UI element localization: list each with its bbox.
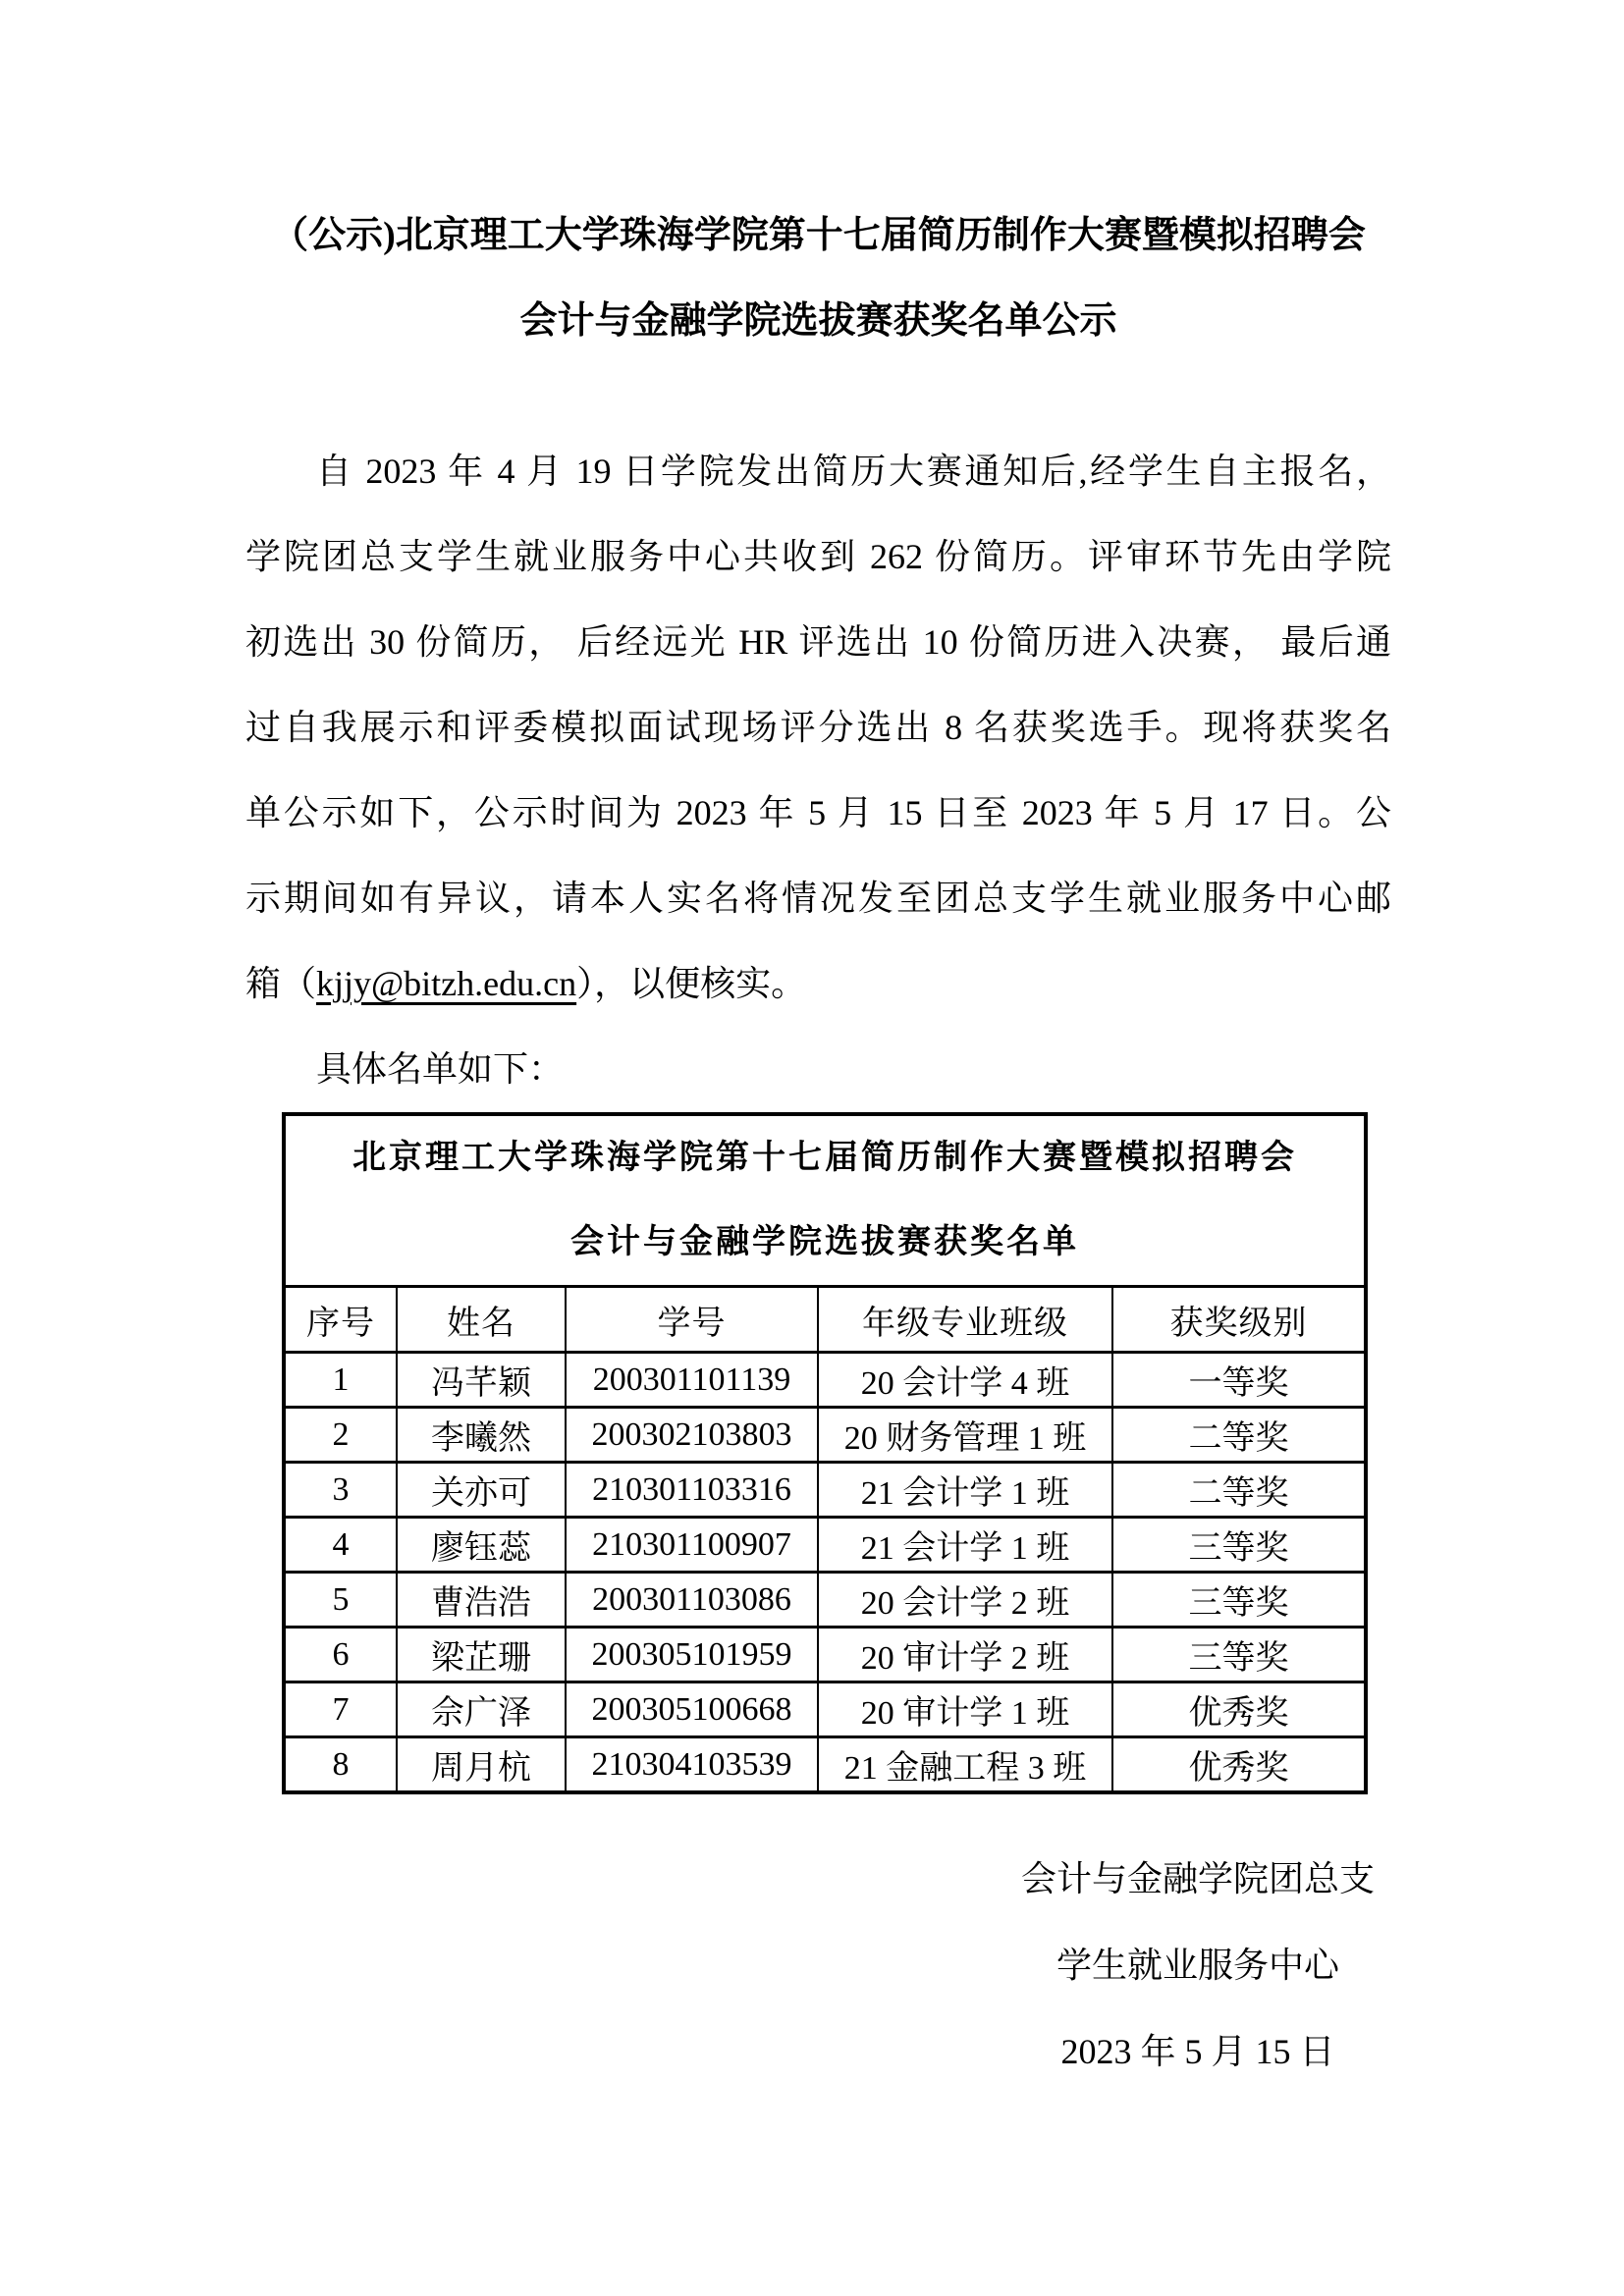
body-line: 自 2023 年 4 月 19 日学院发出简历大赛通知后,经学生自主报名，	[245, 429, 1391, 514]
cell-name: 曹浩浩	[397, 1573, 566, 1628]
cell-student-id: 200305100668	[566, 1682, 818, 1737]
award-table: 北京理工大学珠海学院第十七届简历制作大赛暨模拟招聘会 会计与金融学院选拔赛获奖名…	[282, 1112, 1368, 1794]
document-title-line2: 会计与金融学院选拔赛获奖名单公示	[245, 279, 1391, 364]
table-header-row: 序号 姓名 学号 年级专业班级 获奖级别	[284, 1287, 1366, 1353]
table-title-row: 北京理工大学珠海学院第十七届简历制作大赛暨模拟招聘会 会计与金融学院选拔赛获奖名…	[284, 1114, 1366, 1287]
cell-grade-class: 21 会计学 1 班	[818, 1518, 1112, 1573]
email-line: 箱（kjjy@bitzh.edu.cn），以便核实。	[245, 941, 1391, 1027]
cell-no: 8	[284, 1737, 397, 1793]
cell-student-id: 200302103803	[566, 1408, 818, 1463]
cell-name: 冯芊颖	[397, 1353, 566, 1408]
document-body: 自 2023 年 4 月 19 日学院发出简历大赛通知后,经学生自主报名， 学院…	[245, 429, 1391, 1112]
cell-student-id: 210301103316	[566, 1463, 818, 1518]
cell-no: 1	[284, 1353, 397, 1408]
signature-date: 2023 年 5 月 15 日	[1001, 2008, 1394, 2095]
cell-grade-class: 20 审计学 2 班	[818, 1628, 1112, 1682]
header-cell-no: 序号	[284, 1287, 397, 1353]
cell-name: 梁芷珊	[397, 1628, 566, 1682]
cell-award: 三等奖	[1112, 1518, 1366, 1573]
cell-no: 7	[284, 1682, 397, 1737]
cell-award: 优秀奖	[1112, 1737, 1366, 1793]
cell-award: 三等奖	[1112, 1573, 1366, 1628]
table-row: 5 曹浩浩 200301103086 20 会计学 2 班 三等奖	[284, 1573, 1366, 1628]
cell-name: 关亦可	[397, 1463, 566, 1518]
table-row: 7 佘广泽 200305100668 20 审计学 1 班 优秀奖	[284, 1682, 1366, 1737]
cell-no: 6	[284, 1628, 397, 1682]
signature-org-line2: 学生就业服务中心	[1001, 1922, 1394, 2008]
cell-grade-class: 21 会计学 1 班	[818, 1463, 1112, 1518]
header-cell-grade-class: 年级专业班级	[818, 1287, 1112, 1353]
email-link[interactable]: kjjy@bitzh.edu.cn	[316, 964, 576, 1003]
cell-name: 周月杭	[397, 1737, 566, 1793]
cell-grade-class: 20 会计学 4 班	[818, 1353, 1112, 1408]
cell-student-id: 210301100907	[566, 1518, 818, 1573]
cell-award: 优秀奖	[1112, 1682, 1366, 1737]
header-cell-award: 获奖级别	[1112, 1287, 1366, 1353]
cell-student-id: 200301101139	[566, 1353, 818, 1408]
cell-award: 一等奖	[1112, 1353, 1366, 1408]
table-title-cell: 北京理工大学珠海学院第十七届简历制作大赛暨模拟招聘会 会计与金融学院选拔赛获奖名…	[284, 1114, 1366, 1287]
document-title-line1: （公示)北京理工大学珠海学院第十七届简历制作大赛暨模拟招聘会	[245, 193, 1391, 279]
cell-award: 二等奖	[1112, 1463, 1366, 1518]
cell-student-id: 200301103086	[566, 1573, 818, 1628]
table-row: 6 梁芷珊 200305101959 20 审计学 2 班 三等奖	[284, 1628, 1366, 1682]
header-cell-student-id: 学号	[566, 1287, 818, 1353]
cell-no: 3	[284, 1463, 397, 1518]
cell-student-id: 200305101959	[566, 1628, 818, 1682]
cell-name: 李曦然	[397, 1408, 566, 1463]
list-intro: 具体名单如下：	[245, 1027, 1391, 1112]
table-title-line1: 北京理工大学珠海学院第十七届简历制作大赛暨模拟招聘会	[286, 1116, 1364, 1201]
cell-award: 二等奖	[1112, 1408, 1366, 1463]
signature-block: 会计与金融学院团总支 学生就业服务中心 2023 年 5 月 15 日	[1001, 1836, 1394, 2095]
body-line: 学院团总支学生就业服务中心共收到 262 份简历。评审环节先由学院	[245, 514, 1391, 600]
table-row: 8 周月杭 210304103539 21 金融工程 3 班 优秀奖	[284, 1737, 1366, 1793]
cell-grade-class: 21 金融工程 3 班	[818, 1737, 1112, 1793]
cell-grade-class: 20 会计学 2 班	[818, 1573, 1112, 1628]
cell-name: 佘广泽	[397, 1682, 566, 1737]
table-row: 1 冯芊颖 200301101139 20 会计学 4 班 一等奖	[284, 1353, 1366, 1408]
body-line: 初选出 30 份简历， 后经远光 HR 评选出 10 份简历进入决赛， 最后通	[245, 600, 1391, 685]
cell-no: 5	[284, 1573, 397, 1628]
table-row: 2 李曦然 200302103803 20 财务管理 1 班 二等奖	[284, 1408, 1366, 1463]
cell-award: 三等奖	[1112, 1628, 1366, 1682]
table-title-line2: 会计与金融学院选拔赛获奖名单	[286, 1201, 1364, 1285]
email-line-suffix: ），以便核实。	[576, 964, 806, 1003]
cell-name: 廖钰蕊	[397, 1518, 566, 1573]
signature-org-line1: 会计与金融学院团总支	[1001, 1836, 1394, 1922]
body-line: 示期间如有异议，请本人实名将情况发至团总支学生就业服务中心邮	[245, 856, 1391, 941]
cell-student-id: 210304103539	[566, 1737, 818, 1793]
cell-grade-class: 20 审计学 1 班	[818, 1682, 1112, 1737]
email-line-prefix: 箱（	[245, 964, 316, 1003]
cell-no: 4	[284, 1518, 397, 1573]
document-page: （公示)北京理工大学珠海学院第十七届简历制作大赛暨模拟招聘会 会计与金融学院选拔…	[0, 0, 1624, 2296]
cell-grade-class: 20 财务管理 1 班	[818, 1408, 1112, 1463]
body-line: 过自我展示和评委模拟面试现场评分选出 8 名获奖选手。现将获奖名	[245, 685, 1391, 771]
header-cell-name: 姓名	[397, 1287, 566, 1353]
cell-no: 2	[284, 1408, 397, 1463]
document-title: （公示)北京理工大学珠海学院第十七届简历制作大赛暨模拟招聘会 会计与金融学院选拔…	[245, 193, 1391, 364]
table-row: 4 廖钰蕊 210301100907 21 会计学 1 班 三等奖	[284, 1518, 1366, 1573]
body-line: 单公示如下，公示时间为 2023 年 5 月 15 日至 2023 年 5 月 …	[245, 771, 1391, 856]
table-row: 3 关亦可 210301103316 21 会计学 1 班 二等奖	[284, 1463, 1366, 1518]
